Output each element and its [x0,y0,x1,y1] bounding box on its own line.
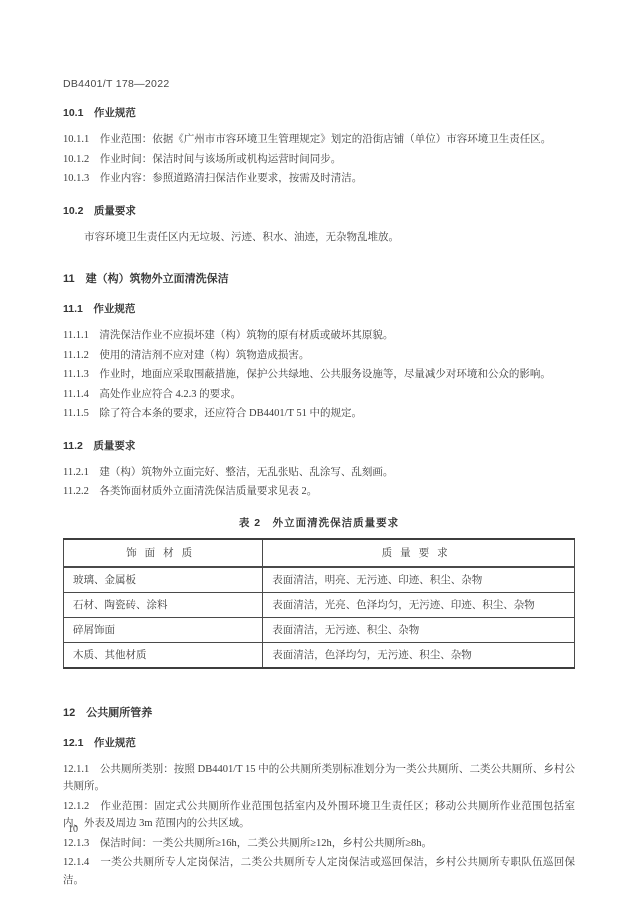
paragraph-10-2: 市容环境卫生责任区内无垃圾、污迹、积水、油迹，无杂物乱堆放。 [63,229,575,247]
clause-12-1-3: 12.1.3 保洁时间：一类公共厕所≥16h，二类公共厕所≥12h，乡村公共厕所… [63,835,575,853]
clause-12-1-1: 12.1.1 公共厕所类别：按照 DB4401/T 15 中的公共厕所类别标准划… [63,761,575,796]
material-cell: 碎屑饰面 [64,617,263,642]
column-header-material: 饰面材质 [64,539,263,567]
clause-11-1-3: 11.1.3 作业时，地面应采取围蔽措施，保护公共绿地、公共服务设施等，尽量减少… [63,366,575,384]
page-number: 10 [68,824,78,835]
table-row: 石材、陶瓷砖、涂料 表面清洁，光亮、色泽均匀，无污迹、印迹、积尘、杂物 [64,592,575,617]
clause-11-1-5: 11.1.5 除了符合本条的要求，还应符合 DB4401/T 51 中的规定。 [63,405,575,423]
document-page: DB4401/T 178—2022 10.1 作业规范 10.1.1 作业范围：… [0,0,636,900]
column-header-requirement: 质量要求 [263,539,575,567]
requirement-cell: 表面清洁，色泽均匀，无污迹、积尘、杂物 [263,642,575,668]
heading-10-2: 10.2 质量要求 [63,203,575,218]
material-cell: 玻璃、金属板 [64,567,263,593]
table-header-row: 饰面材质 质量要求 [64,539,575,567]
clause-10-1-3: 10.1.3 作业内容：参照道路清扫保洁作业要求，按需及时清洁。 [63,170,575,188]
heading-11-2: 11.2 质量要求 [63,438,575,453]
material-cell: 石材、陶瓷砖、涂料 [64,592,263,617]
requirement-cell: 表面清洁，无污迹、积尘、杂物 [263,617,575,642]
heading-12: 12 公共厕所管养 [63,704,575,720]
table-row: 玻璃、金属板 表面清洁，明亮、无污迹、印迹、积尘、杂物 [64,567,575,593]
clause-10-1-2: 10.1.2 作业时间：保洁时间与该场所或机构运营时间同步。 [63,151,575,169]
clause-12-1-4: 12.1.4 一类公共厕所专人定岗保洁，二类公共厕所专人定岗保洁或巡回保洁，乡村… [63,854,575,889]
material-cell: 木质、其他材质 [64,642,263,668]
heading-10-1: 10.1 作业规范 [63,105,575,120]
heading-11-1: 11.1 作业规范 [63,301,575,316]
clause-11-2-1: 11.2.1 建（构）筑物外立面完好、整洁，无乱张贴、乱涂写、乱刻画。 [63,464,575,482]
table-2-caption: 表 2 外立面清洗保洁质量要求 [63,515,575,530]
standard-number-header: DB4401/T 178—2022 [63,78,575,90]
requirement-cell: 表面清洁，明亮、无污迹、印迹、积尘、杂物 [263,567,575,593]
table-2-facade-cleaning-quality: 饰面材质 质量要求 玻璃、金属板 表面清洁，明亮、无污迹、印迹、积尘、杂物 石材… [63,538,575,669]
clause-11-1-4: 11.1.4 高处作业应符合 4.2.3 的要求。 [63,386,575,404]
table-row: 木质、其他材质 表面清洁，色泽均匀，无污迹、积尘、杂物 [64,642,575,668]
clause-11-2-2: 11.2.2 各类饰面材质外立面清洗保洁质量要求见表 2。 [63,483,575,501]
clause-10-1-1: 10.1.1 作业范围：依据《广州市市容环境卫生管理规定》划定的沿街店铺（单位）… [63,131,575,149]
requirement-cell: 表面清洁，光亮、色泽均匀，无污迹、印迹、积尘、杂物 [263,592,575,617]
heading-12-1: 12.1 作业规范 [63,735,575,750]
clause-11-1-1: 11.1.1 清洗保洁作业不应损坏建（构）筑物的原有材质或破坏其原貌。 [63,327,575,345]
clause-11-1-2: 11.1.2 使用的清洁剂不应对建（构）筑物造成损害。 [63,347,575,365]
table-row: 碎屑饰面 表面清洁，无污迹、积尘、杂物 [64,617,575,642]
heading-11: 11 建（构）筑物外立面清洗保洁 [63,270,575,286]
clause-12-1-2: 12.1.2 作业范围：固定式公共厕所作业范围包括室内及外围环境卫生责任区；移动… [63,798,575,833]
